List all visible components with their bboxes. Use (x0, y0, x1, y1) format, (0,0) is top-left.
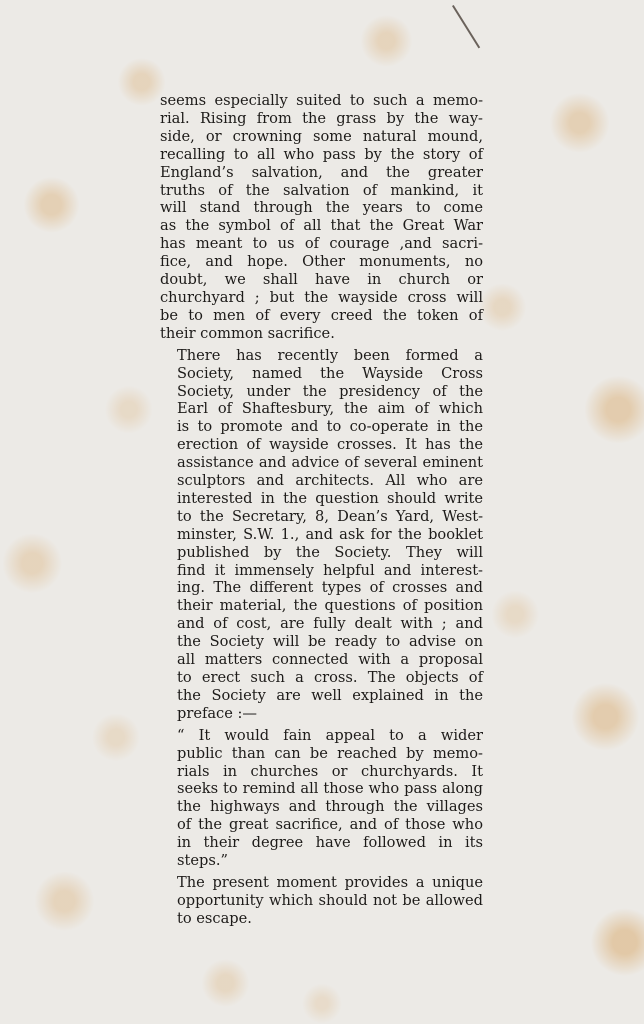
text-line: steps.” (160, 852, 483, 870)
page-background: seems especially suited to such a memo-r… (0, 0, 644, 1024)
text-line: and of cost, are fully dealt with ; and (160, 615, 483, 633)
text-line: the highways and through the villages (160, 798, 483, 816)
text-line: find it immensely helpful and interest- (160, 562, 483, 580)
text-line: England’s salvation, and the greater (160, 164, 483, 182)
text-line: preface :— (160, 705, 483, 723)
text-line: churchyard ; but the wayside cross will (160, 289, 483, 307)
text-line: recalling to all who pass by the story o… (160, 146, 483, 164)
paragraph: There has recently been formed aSociety,… (160, 347, 483, 723)
text-line: truths of the salvation of mankind, it (160, 182, 483, 200)
paragraph: The present moment provides a uniqueoppo… (160, 874, 483, 928)
text-line: the Society are well explained in the (160, 687, 483, 705)
text-line: has meant to us of courage ,and sacri- (160, 235, 483, 253)
text-line: is to promote and to co-operate in the (160, 418, 483, 436)
text-line: as the symbol of all that the Great War (160, 217, 483, 235)
text-line: There has recently been formed a (160, 347, 483, 365)
text-line: Earl of Shaftesbury, the aim of which (160, 400, 483, 418)
paper-crease-mark (452, 5, 480, 48)
text-line: their common sacrifice. (160, 325, 483, 343)
paragraph: seems especially suited to such a memo-r… (160, 92, 483, 343)
text-line: all matters connected with a proposal (160, 651, 483, 669)
text-line: assistance and advice of several eminent (160, 454, 483, 472)
text-line: minster, S.W. 1., and ask for the bookle… (160, 526, 483, 544)
text-line: “ It would fain appeal to a wider (160, 727, 483, 745)
text-line: The present moment provides a unique (160, 874, 483, 892)
text-line: fice, and hope. Other monuments, no (160, 253, 483, 271)
text-line: Society, under the presidency of the (160, 383, 483, 401)
paragraph: “ It would fain appeal to a widerpublic … (160, 727, 483, 870)
text-line: seeks to remind all those who pass along (160, 780, 483, 798)
text-line: rial. Rising from the grass by the way- (160, 110, 483, 128)
text-line: the Society will be ready to advise on (160, 633, 483, 651)
text-line: published by the Society. They will (160, 544, 483, 562)
text-line: side, or crowning some natural mound, (160, 128, 483, 146)
text-line: ing. The different types of crosses and (160, 579, 483, 597)
text-line: erection of wayside crosses. It has the (160, 436, 483, 454)
text-line: seems especially suited to such a memo- (160, 92, 483, 110)
text-line: in their degree have followed in its (160, 834, 483, 852)
text-line: interested in the question should write (160, 490, 483, 508)
body-text: seems especially suited to such a memo-r… (160, 92, 483, 932)
text-line: rials in churches or churchyards. It (160, 763, 483, 781)
text-line: opportunity which should not be allowed (160, 892, 483, 910)
text-line: sculptors and architects. All who are (160, 472, 483, 490)
text-line: will stand through the years to come (160, 199, 483, 217)
text-line: public than can be reached by memo- (160, 745, 483, 763)
text-line: doubt, we shall have in church or (160, 271, 483, 289)
text-line: Society, named the Wayside Cross (160, 365, 483, 383)
text-line: to erect such a cross. The objects of (160, 669, 483, 687)
text-line: to the Secretary, 8, Dean’s Yard, West- (160, 508, 483, 526)
text-line: to escape. (160, 910, 483, 928)
text-line: of the great sacrifice, and of those who (160, 816, 483, 834)
text-line: their material, the questions of positio… (160, 597, 483, 615)
text-line: be to men of every creed the token of (160, 307, 483, 325)
